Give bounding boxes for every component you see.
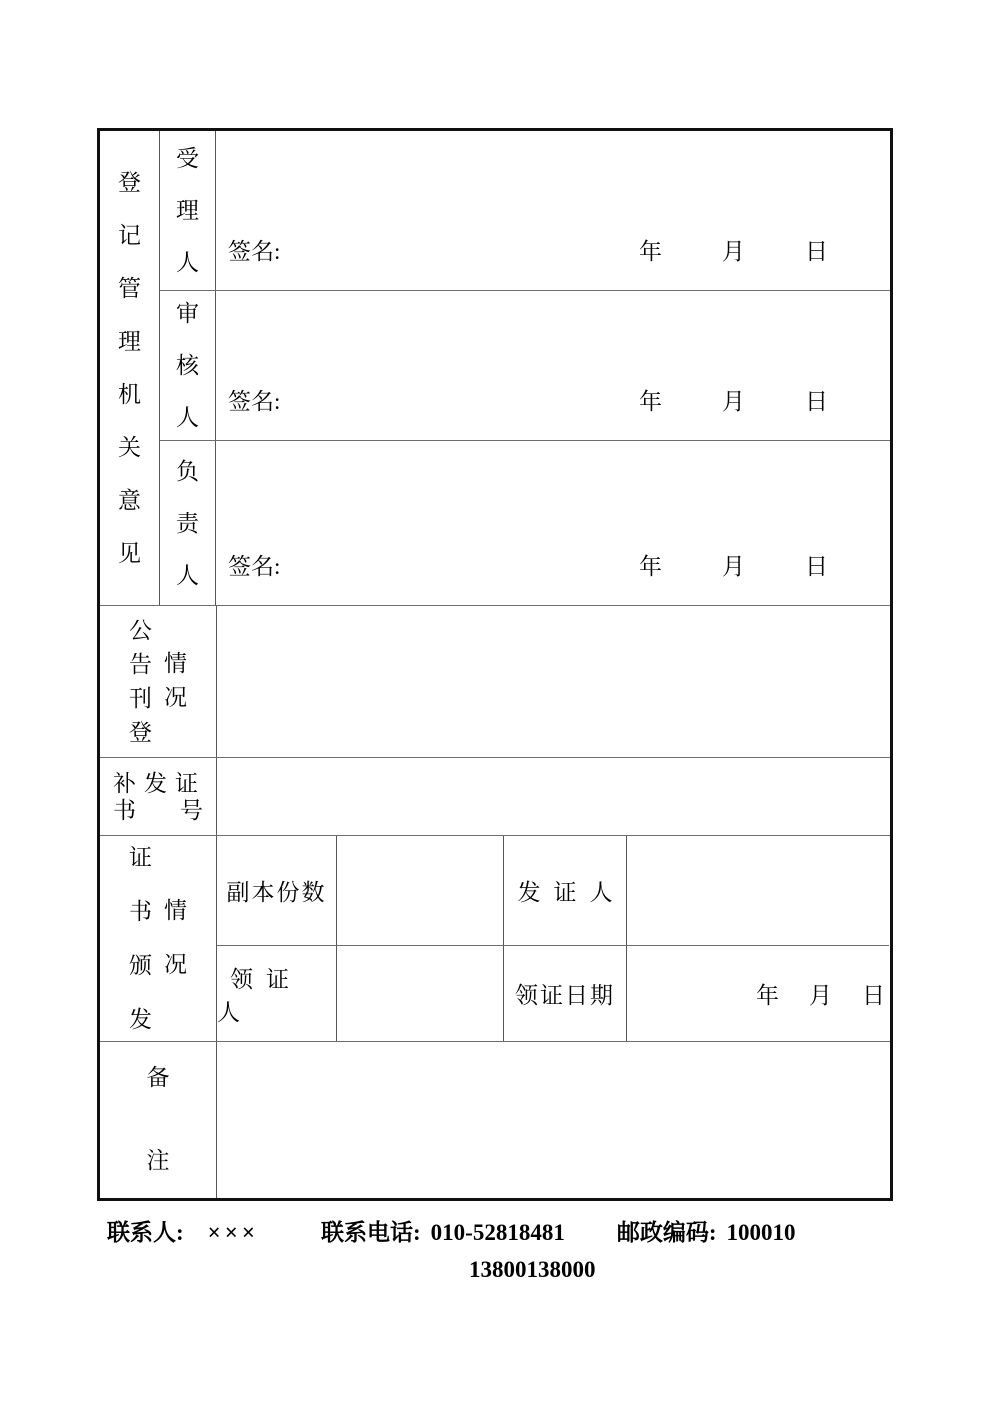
glyph: 日 <box>805 383 828 416</box>
date-year-month-day: 年月日 <box>639 233 890 266</box>
glyph: 公 <box>129 619 152 642</box>
reviewer-signature-cell: 签名: 年月日 <box>216 291 890 440</box>
authority-header-cell: 登记管理机关意见 <box>100 131 160 605</box>
reissue-content-cell <box>217 758 890 835</box>
announcement-row: 公告刊登 情况 <box>100 606 890 758</box>
glyph: 人 <box>176 406 199 429</box>
director-role-label: 负责人 <box>160 441 215 605</box>
remarks-content-cell <box>217 1042 890 1198</box>
receive-date-label-cell: 领证日期 <box>504 946 627 1041</box>
signature-label: 签名: <box>228 383 280 416</box>
director-row: 负责人 签名: 年月日 <box>160 441 890 605</box>
glyph: 告 <box>129 653 152 676</box>
acceptor-role-cell: 受理人 <box>160 131 216 290</box>
date-year-month-day: 年月日 <box>756 977 885 1010</box>
glyph: 年 <box>639 548 662 581</box>
signature-line: 签名: 年月日 <box>228 548 890 581</box>
remarks-header-cell: 备注 <box>100 1042 217 1198</box>
reissue-label-line2: 书 号 <box>113 797 203 824</box>
announcement-label: 公告刊登 情况 <box>129 619 187 744</box>
glyph: 日 <box>862 977 885 1010</box>
glyph: 受 <box>176 147 199 170</box>
glyph: 情 <box>164 652 187 675</box>
signature-rows: 受理人 签名: 年月日 审核人 签名: <box>160 131 890 605</box>
reissue-header-cell: 补发证 书 号 <box>100 758 217 835</box>
reissue-char-a: 书 <box>113 797 136 824</box>
acceptor-row: 受理人 签名: 年月日 <box>160 131 890 291</box>
issuance-header-cell: 证书颁发 情况 <box>100 836 217 1041</box>
signature-label: 签名: <box>228 548 280 581</box>
date-year-month-day: 年月日 <box>639 383 890 416</box>
director-signature-cell: 签名: 年月日 <box>216 441 890 605</box>
reviewer-row: 审核人 签名: 年月日 <box>160 291 890 441</box>
glyph: 月 <box>809 977 832 1010</box>
remarks-label: 备注 <box>147 1042 170 1198</box>
glyph: 机 <box>118 383 141 406</box>
director-role-cell: 负责人 <box>160 441 216 605</box>
glyph: 年 <box>639 383 662 416</box>
glyph: 审 <box>176 302 199 325</box>
contact-phone-value: 010-52818481 <box>431 1220 565 1246</box>
reissue-label-line1: 补发证 <box>113 770 203 797</box>
receiver-label-cell: 领证人 <box>217 946 337 1041</box>
issuance-grid: 副本份数 发证人 领证人 领证日期 年月日 <box>217 836 890 1041</box>
receiver-value-cell <box>337 946 504 1041</box>
glyph: 月 <box>722 548 745 581</box>
glyph: 情 <box>164 899 187 922</box>
postcode-label: 邮政编码: <box>617 1214 717 1247</box>
announcement-content-cell <box>217 606 890 757</box>
glyph: 颁 <box>129 954 152 977</box>
issuance-label: 证书颁发 情况 <box>129 846 187 1031</box>
contact-person-label: 联系人: <box>107 1214 184 1247</box>
reissue-number-row: 补发证 书 号 <box>100 758 890 836</box>
contact-footer-line1: 联系人: ××× 联系电话: 010-52818481 邮政编码: 100010 <box>97 1214 897 1247</box>
glyph: 关 <box>118 436 141 459</box>
glyph: 登 <box>129 721 152 744</box>
glyph: 备 <box>147 1066 170 1089</box>
announcement-label-suffix: 情况 <box>164 652 187 709</box>
glyph: 理 <box>118 330 141 353</box>
glyph: 年 <box>756 977 779 1010</box>
receive-date-value-cell: 年月日 <box>627 946 889 1041</box>
glyph: 记 <box>118 224 141 247</box>
contact-phone-label: 联系电话: <box>321 1214 421 1247</box>
glyph: 证 <box>129 846 152 869</box>
glyph: 责 <box>176 512 199 535</box>
glyph: 月 <box>722 233 745 266</box>
glyph: 人 <box>176 564 199 587</box>
glyph: 登 <box>118 171 141 194</box>
signature-line: 签名: 年月日 <box>228 383 890 416</box>
announcement-header-cell: 公告刊登 情况 <box>100 606 217 757</box>
contact-footer: 联系人: ××× 联系电话: 010-52818481 邮政编码: 100010… <box>97 1214 897 1283</box>
issuer-label-cell: 发证人 <box>504 836 627 946</box>
acceptor-role-label: 受理人 <box>160 131 215 290</box>
glyph: 年 <box>639 233 662 266</box>
glyph: 负 <box>176 460 199 483</box>
issuer-value-cell <box>627 836 889 946</box>
copies-label-cell: 副本份数 <box>217 836 337 946</box>
registration-form-table: 登记管理机关意见 受理人 签名: 年月日 审核人 <box>97 128 893 1201</box>
glyph: 注 <box>147 1149 170 1172</box>
announcement-label-main: 公告刊登 <box>129 619 152 744</box>
glyph: 意 <box>118 489 141 512</box>
issuance-label-main: 证书颁发 <box>129 846 152 1031</box>
glyph: 况 <box>164 686 187 709</box>
contact-phone-value-2: 13800138000 <box>469 1257 897 1283</box>
reviewer-role-label: 审核人 <box>160 291 215 440</box>
remarks-row: 备注 <box>100 1042 890 1198</box>
glyph: 日 <box>805 548 828 581</box>
date-year-month-day: 年月日 <box>639 548 890 581</box>
acceptor-signature-cell: 签名: 年月日 <box>216 131 890 290</box>
issuance-label-suffix: 情况 <box>164 899 187 976</box>
glyph: 发 <box>129 1008 152 1031</box>
glyph: 月 <box>722 383 745 416</box>
glyph: 见 <box>118 542 141 565</box>
form-page: 登记管理机关意见 受理人 签名: 年月日 审核人 <box>0 0 992 1404</box>
reviewer-role-cell: 审核人 <box>160 291 216 440</box>
reissue-char-b: 号 <box>180 797 203 824</box>
glyph: 管 <box>118 277 141 300</box>
glyph: 日 <box>805 233 828 266</box>
glyph: 书 <box>129 900 152 923</box>
copies-value-cell <box>337 836 504 946</box>
glyph: 核 <box>176 354 199 377</box>
authority-opinion-section: 登记管理机关意见 受理人 签名: 年月日 审核人 <box>100 131 890 606</box>
signature-label: 签名: <box>228 233 280 266</box>
reissue-label: 补发证 书 号 <box>113 770 203 824</box>
signature-line: 签名: 年月日 <box>228 233 890 266</box>
glyph: 人 <box>176 251 199 274</box>
authority-header-label: 登记管理机关意见 <box>100 131 159 605</box>
glyph: 刊 <box>129 687 152 710</box>
postcode-value: 100010 <box>727 1220 796 1246</box>
issuance-row: 证书颁发 情况 副本份数 发证人 领证人 领证日期 年月日 <box>100 836 890 1042</box>
glyph: 理 <box>176 199 199 222</box>
glyph: 况 <box>164 953 187 976</box>
contact-person-value: ××× <box>208 1220 259 1246</box>
